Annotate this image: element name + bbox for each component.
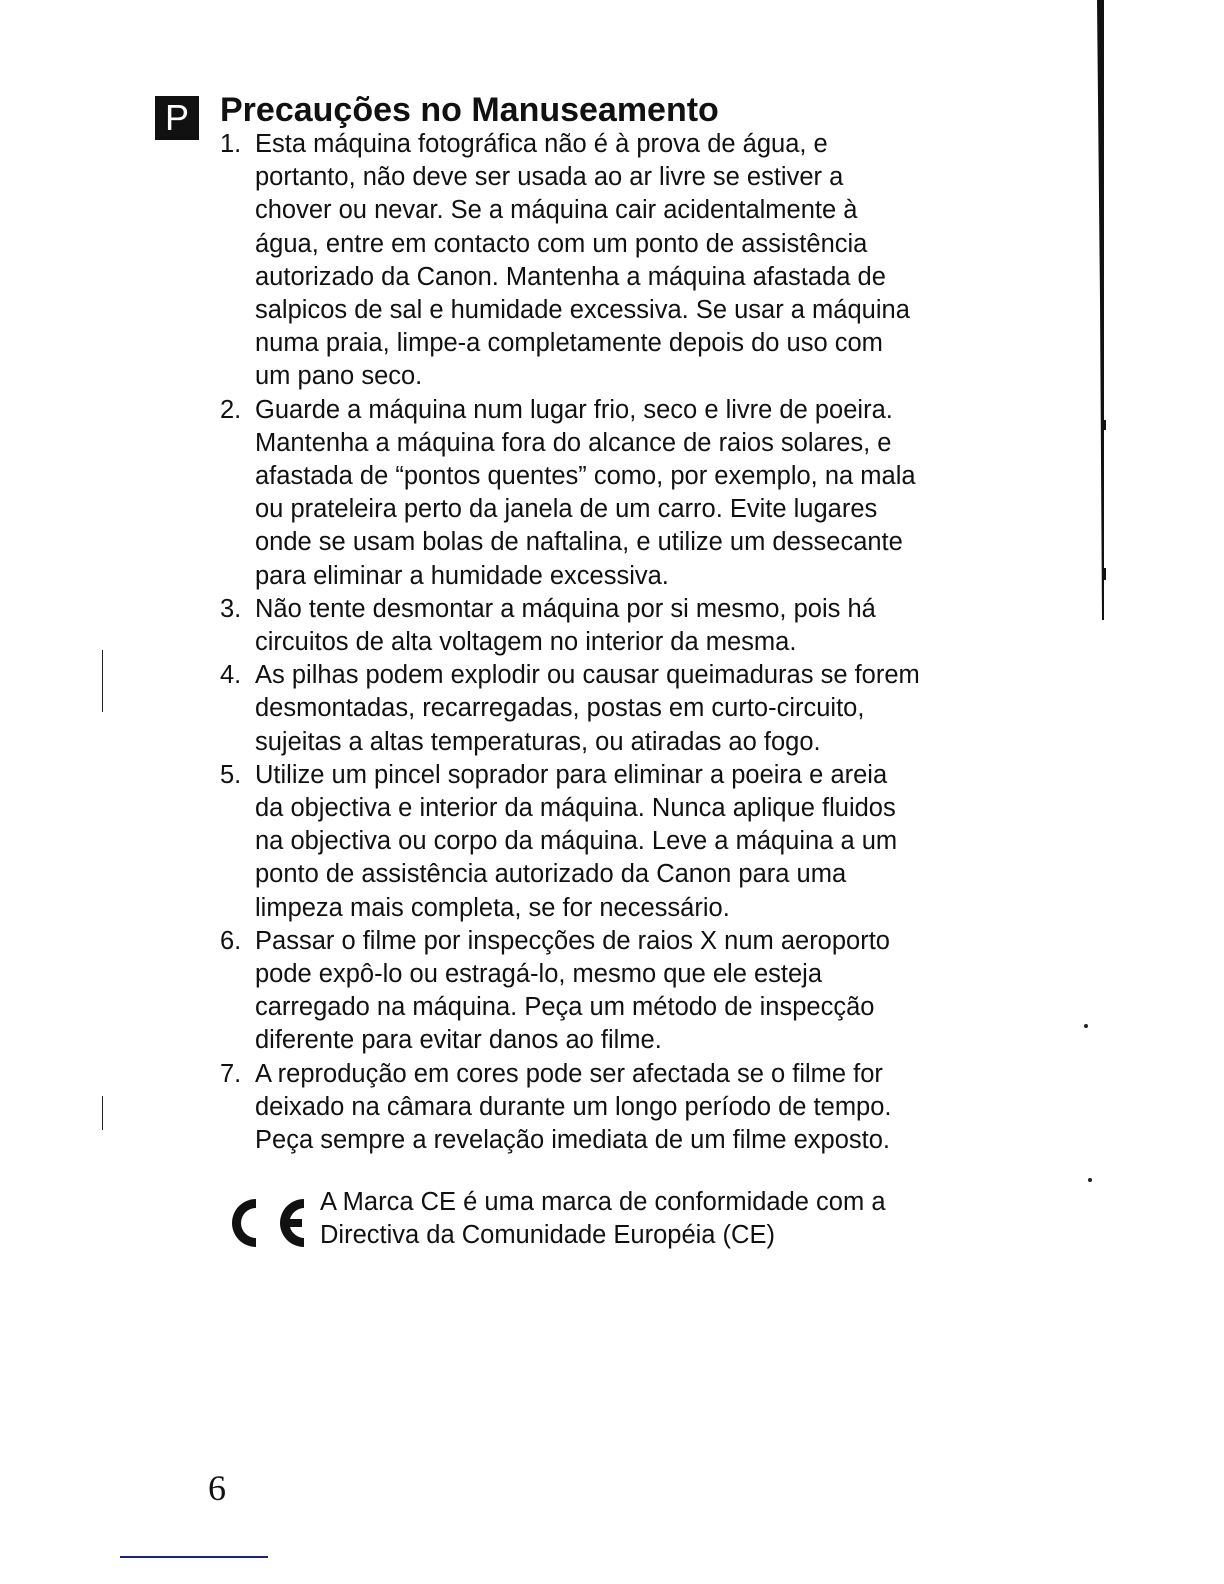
item-text-line: portanto, não deve ser usada ao ar livre…: [255, 161, 920, 194]
item-text-line: circuitos de alta voltagem no interior d…: [255, 626, 920, 659]
list-item: 5. Utilize um pincel soprador para elimi…: [220, 759, 920, 925]
item-number: 6.: [220, 925, 252, 958]
item-text-line: pode expô-lo ou estragá-lo, mesmo que el…: [255, 958, 920, 991]
item-text-line: chover ou nevar. Se a máquina cair acide…: [255, 194, 920, 227]
ce-notice-line: A Marca CE é uma marca de conformidade c…: [320, 1186, 886, 1219]
footer-rule: [120, 1556, 268, 1558]
scan-mark: [1084, 1024, 1088, 1028]
item-text-line: água, entre em contacto com um ponto de …: [255, 228, 920, 261]
item-text-line: Utilize um pincel soprador para eliminar…: [255, 759, 920, 792]
binding-edge-shadow: [1090, 0, 1120, 650]
item-text-line: Não tente desmontar a máquina por si mes…: [255, 593, 920, 626]
item-number: 4.: [220, 659, 252, 692]
item-text-line: autorizado da Canon. Mantenha a máquina …: [255, 261, 920, 294]
item-text-line: Mantenha a máquina fora do alcance de ra…: [255, 427, 920, 460]
list-item: 1. Esta máquina fotográfica não é à prov…: [220, 128, 920, 394]
item-text-line: na objectiva ou corpo da máquina. Leve a…: [255, 825, 920, 858]
scan-mark: [102, 1096, 103, 1130]
list-item: 7. A reprodução em cores pode ser afecta…: [220, 1058, 920, 1158]
item-text-line: para eliminar a humidade excessiva.: [255, 560, 920, 593]
item-text-line: Peça sempre a revelação imediata de um f…: [255, 1124, 920, 1157]
item-text-line: um pano seco.: [255, 360, 920, 393]
item-number: 2.: [220, 394, 252, 427]
item-text-line: Guarde a máquina num lugar frio, seco e …: [255, 394, 920, 427]
ce-notice-line: Directiva da Comunidade Européia (CE): [320, 1219, 886, 1252]
scan-mark: [1088, 1178, 1092, 1182]
page-title: Precauções no Manuseamento: [220, 88, 719, 132]
item-text-line: diferente para evitar danos ao filme.: [255, 1024, 920, 1057]
list-item: 3. Não tente desmontar a máquina por si …: [220, 593, 920, 659]
item-text-line: salpicos de sal e humidade excessiva. Se…: [255, 294, 920, 327]
item-number: 1.: [220, 128, 252, 161]
list-item: 2. Guarde a máquina num lugar frio, seco…: [220, 394, 920, 593]
page-number: 6: [208, 1468, 226, 1508]
item-text-line: Esta máquina fotográfica não é à prova d…: [255, 128, 920, 161]
language-badge: P: [155, 96, 199, 140]
item-text-line: onde se usam bolas de naftalina, e utili…: [255, 526, 920, 559]
item-text-line: sujeitas a altas temperaturas, ou atirad…: [255, 726, 920, 759]
item-text-line: Passar o filme por inspecções de raios X…: [255, 925, 920, 958]
item-text-line: afastada de “pontos quentes” como, por e…: [255, 460, 920, 493]
ce-mark-icon: [224, 1193, 308, 1253]
item-text-line: desmontadas, recarregadas, postas em cur…: [255, 692, 920, 725]
item-number: 5.: [220, 759, 252, 792]
item-text-line: limpeza mais completa, se for necessário…: [255, 892, 920, 925]
list-item: 4. As pilhas podem explodir ou causar qu…: [220, 659, 920, 759]
item-text-line: ou prateleira perto da janela de um carr…: [255, 493, 920, 526]
list-item: 6. Passar o filme por inspecções de raio…: [220, 925, 920, 1058]
item-text-line: A reprodução em cores pode ser afectada …: [255, 1058, 920, 1091]
item-number: 7.: [220, 1058, 252, 1091]
item-text-line: ponto de assistência autorizado da Canon…: [255, 858, 920, 891]
item-text-line: carregado na máquina. Peça um método de …: [255, 991, 920, 1024]
item-text-line: As pilhas podem explodir ou causar queim…: [255, 659, 920, 692]
precautions-list: 1. Esta máquina fotográfica não é à prov…: [220, 128, 920, 1157]
scan-mark: [102, 650, 103, 712]
ce-notice: A Marca CE é uma marca de conformidade c…: [320, 1186, 886, 1252]
item-text-line: numa praia, limpe-a completamente depois…: [255, 327, 920, 360]
item-number: 3.: [220, 593, 252, 626]
item-text-line: da objectiva e interior da máquina. Nunc…: [255, 792, 920, 825]
item-text-line: deixado na câmara durante um longo perío…: [255, 1091, 920, 1124]
